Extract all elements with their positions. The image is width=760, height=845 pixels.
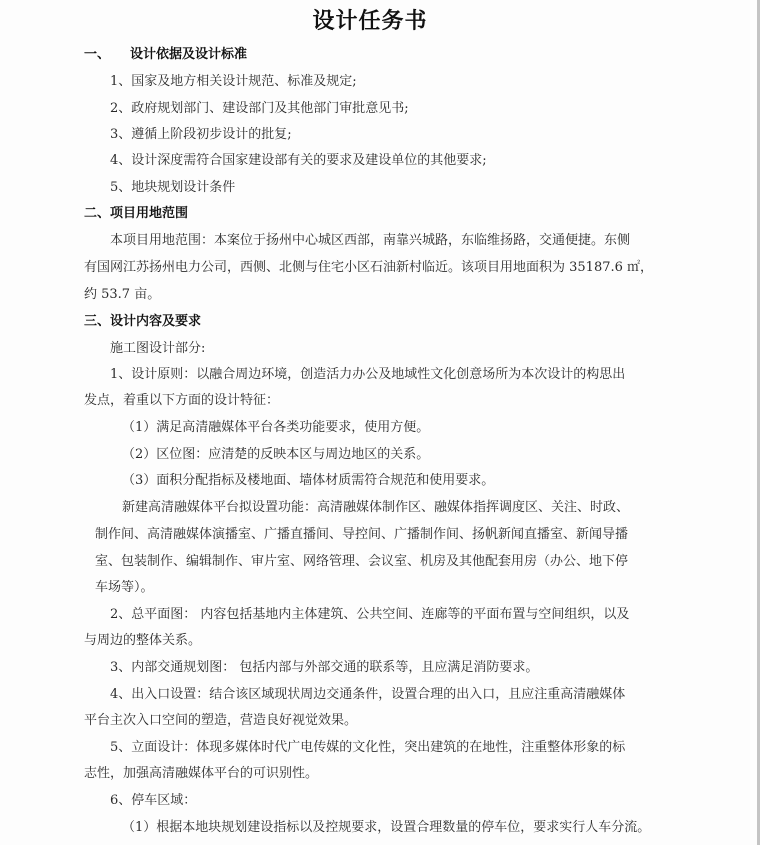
document-page: 设计任务书 一、设计依据及设计标准 1、国家及地方相关设计规范、标准及规定; 2… — [0, 0, 757, 845]
section-1-heading: 一、设计依据及设计标准 — [84, 46, 247, 64]
section-title: 设计依据及设计标准 — [130, 47, 247, 62]
list-item: 5、地块规划设计条件 — [110, 179, 235, 197]
paragraph-line: 4、出入口设置：结合该区域现状周边交通条件，设置合理的出入口，且应注重高清融媒体 — [110, 686, 625, 704]
paragraph-line: 本项目用地范围：本案位于扬州中心城区西部，南靠兴城路，东临维扬路，交通便捷。东侧 — [110, 232, 630, 250]
paragraph-line: （1）根据本地块规划建设指标以及控规要求，设置合理数量的停车位，要求实行人车分流… — [122, 819, 650, 837]
paragraph-line: 3、内部交通规划图： 包括内部与外部交通的联系等，且应满足消防要求。 — [110, 659, 538, 677]
list-item: 3、遵循上阶段初步设计的批复; — [110, 126, 292, 144]
section-2-heading: 二、项目用地范围 — [84, 205, 188, 223]
paragraph-line: 与周边的整体关系。 — [84, 632, 201, 650]
paragraph-line: 施工图设计部分: — [110, 340, 205, 358]
paragraph-line: （3）面积分配指标及楼地面、墙体材质需符合规范和使用要求。 — [122, 472, 494, 490]
paragraph-line: 1、设计原则：以融合周边环境，创造活力办公及地域性文化创意场所为本次设计的构思出 — [110, 366, 625, 384]
list-item: 1、国家及地方相关设计规范、标准及规定; — [110, 73, 357, 91]
section-3-heading: 三、设计内容及要求 — [84, 313, 201, 331]
paragraph-line: 6、停车区域： — [110, 792, 196, 810]
paragraph-line: 新建高清融媒体平台拟设置功能：高清融媒体制作区、融媒体指挥调度区、关注、时政、 — [122, 499, 629, 517]
list-item: 2、政府规划部门、建设部门及其他部门审批意见书; — [110, 100, 409, 118]
paragraph-line: 制作间、高清融媒体演播室、广播直播间、导控间、广播制作间、扬帆新闻直播室、新闻导… — [95, 526, 628, 544]
section-title: 设计内容及要求 — [110, 314, 201, 329]
list-item: 4、设计深度需符合国家建设部有关的要求及建设单位的其他要求; — [110, 152, 487, 170]
document-title: 设计任务书 — [0, 4, 740, 35]
section-number: 三、 — [84, 314, 110, 329]
paragraph-line: 车场等）。 — [95, 579, 154, 597]
paragraph-line: 平台主次入口空间的塑造，营造良好视觉效果。 — [84, 712, 357, 730]
paragraph-line: 有国网江苏扬州电力公司，西侧、北侧与住宅小区石油新村临近。该项目用地面积为 35… — [84, 259, 653, 277]
section-title: 项目用地范围 — [110, 206, 188, 221]
paragraph-line: 志性，加强高清融媒体平台的可识别性。 — [84, 765, 318, 783]
paragraph-line: 5、立面设计：体现多媒体时代广电传媒的文化性，突出建筑的在地性，注重整体形象的标 — [110, 739, 625, 757]
paragraph-line: （1）满足高清融媒体平台各类功能要求，使用方便。 — [122, 419, 429, 437]
paragraph-line: （2）区位图：应清楚的反映本区与周边地区的关系。 — [122, 446, 429, 464]
section-number: 一、 — [84, 46, 130, 64]
paragraph-line: 2、总平面图： 内容包括基地内主体建筑、公共空间、连廊等的平面布置与空间组织，以… — [110, 606, 629, 624]
paragraph-line: 室、包装制作、编辑制作、审片室、网络管理、会议室、机房及其他配套用房（办公、地下… — [95, 553, 628, 571]
paragraph-line: 约 53.7 亩。 — [84, 286, 160, 304]
section-number: 二、 — [84, 206, 110, 221]
paragraph-line: 发点，着重以下方面的设计特征： — [84, 392, 279, 410]
